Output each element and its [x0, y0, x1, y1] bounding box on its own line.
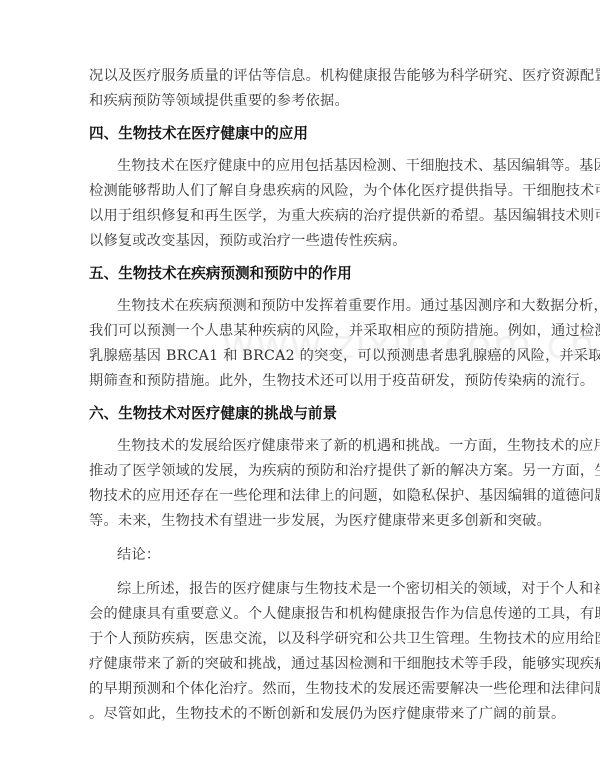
- section-heading-4: 四、生物技术在医疗健康中的应用: [89, 121, 521, 146]
- intro-paragraph: 况以及医疗服务质量的评估等信息。机构健康报告能够为科学研究、医疗资源配置 和疾病…: [89, 64, 521, 114]
- text-line: 疗健康带来了新的突破和挑战，通过基因检测和干细胞技术等手段，能够实现疾病: [89, 652, 521, 677]
- text-line: 况以及医疗服务质量的评估等信息。机构健康报告能够为科学研究、医疗资源配置: [89, 64, 521, 89]
- text-line: 检测能够帮助人们了解自身患疾病的风险，为个体化医疗提供指导。干细胞技术可: [89, 179, 521, 204]
- text-line: 我们可以预测一个人患某种疾病的风险，并采取相应的预防措施。例如，通过检测: [89, 319, 521, 344]
- text-line: 生物技术的发展给医疗健康带来了新的机遇和挑战。一方面，生物技术的应用: [89, 434, 521, 459]
- text-line: 乳腺癌基因 BRCA1 和 BRCA2 的突变，可以预测患者患乳腺癌的风险，并采…: [89, 344, 521, 369]
- text-line: 生物技术在疾病预测和预防中发挥着重要作用。通过基因测序和大数据分析，: [89, 294, 521, 319]
- text-line: 以修复或改变基因，预防或治疗一些遗传性疾病。: [89, 229, 521, 254]
- text-line: 会的健康具有重要意义。个人健康报告和机构健康报告作为信息传递的工具，有助: [89, 602, 521, 627]
- text-line: 于个人预防疾病，医患交流，以及科学研究和公共卫生管理。生物技术的应用给医: [89, 627, 521, 652]
- text-line: 期筛查和预防措施。此外，生物技术还可以用于疫苗研发，预防传染病的流行。: [89, 369, 521, 394]
- section-4-paragraph: 生物技术在医疗健康中的应用包括基因检测、干细胞技术、基因编辑等。基因 检测能够帮…: [89, 154, 521, 254]
- text-line: 。尽管如此，生物技术的不断创新和发展仍为医疗健康带来了广阔的前景。: [89, 702, 521, 727]
- text-line: 物技术的应用还存在一些伦理和法律上的问题，如隐私保护、基因编辑的道德问题: [89, 484, 521, 509]
- conclusion-label: 结论：: [89, 543, 521, 568]
- section-5-paragraph: 生物技术在疾病预测和预防中发挥着重要作用。通过基因测序和大数据分析， 我们可以预…: [89, 294, 521, 394]
- conclusion-paragraph: 综上所述，报告的医疗健康与生物技术是一个密切相关的领域，对于个人和社 会的健康具…: [89, 577, 521, 727]
- section-6-paragraph: 生物技术的发展给医疗健康带来了新的机遇和挑战。一方面，生物技术的应用 推动了医学…: [89, 434, 521, 534]
- text-line: 等。未来，生物技术有望进一步发展，为医疗健康带来更多创新和突破。: [89, 509, 521, 534]
- document-page: 况以及医疗服务质量的评估等信息。机构健康报告能够为科学研究、医疗资源配置 和疾病…: [89, 64, 521, 727]
- text-line: 和疾病预防等领域提供重要的参考依据。: [89, 89, 521, 114]
- text-line: 推动了医学领域的发展，为疾病的预防和治疗提供了新的解决方案。另一方面，生: [89, 459, 521, 484]
- section-heading-5: 五、生物技术在疾病预测和预防中的作用: [89, 261, 521, 286]
- text-line: 以用于组织修复和再生医学，为重大疾病的治疗提供新的希望。基因编辑技术则可: [89, 204, 521, 229]
- text-line: 生物技术在医疗健康中的应用包括基因检测、干细胞技术、基因编辑等。基因: [89, 154, 521, 179]
- section-heading-6: 六、生物技术对医疗健康的挑战与前景: [89, 401, 521, 426]
- text-line: 的早期预测和个体化治疗。然而，生物技术的发展还需要解决一些伦理和法律问题: [89, 677, 521, 702]
- text-line: 综上所述，报告的医疗健康与生物技术是一个密切相关的领域，对于个人和社: [89, 577, 521, 602]
